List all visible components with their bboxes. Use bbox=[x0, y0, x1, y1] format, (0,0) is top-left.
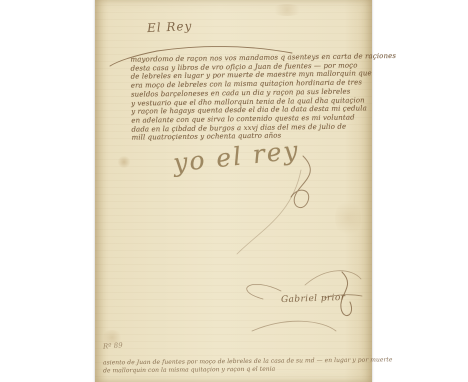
fox-spot bbox=[117, 156, 131, 168]
manuscript-photo: El Rey mayordomo de raçon nos vos mandam… bbox=[0, 0, 468, 382]
registry-mark: Rº 89 bbox=[103, 341, 123, 350]
docket-block: asiento de Juan de fuentes por moço de l… bbox=[103, 357, 371, 375]
document-heading: El Rey bbox=[147, 19, 193, 35]
fox-spot bbox=[335, 198, 361, 238]
fox-spot bbox=[270, 4, 304, 16]
body-text-block: mayordomo de raçon nos vos mandamos q as… bbox=[130, 52, 361, 142]
manuscript-paper: El Rey mayordomo de raçon nos vos mandam… bbox=[95, 0, 372, 382]
